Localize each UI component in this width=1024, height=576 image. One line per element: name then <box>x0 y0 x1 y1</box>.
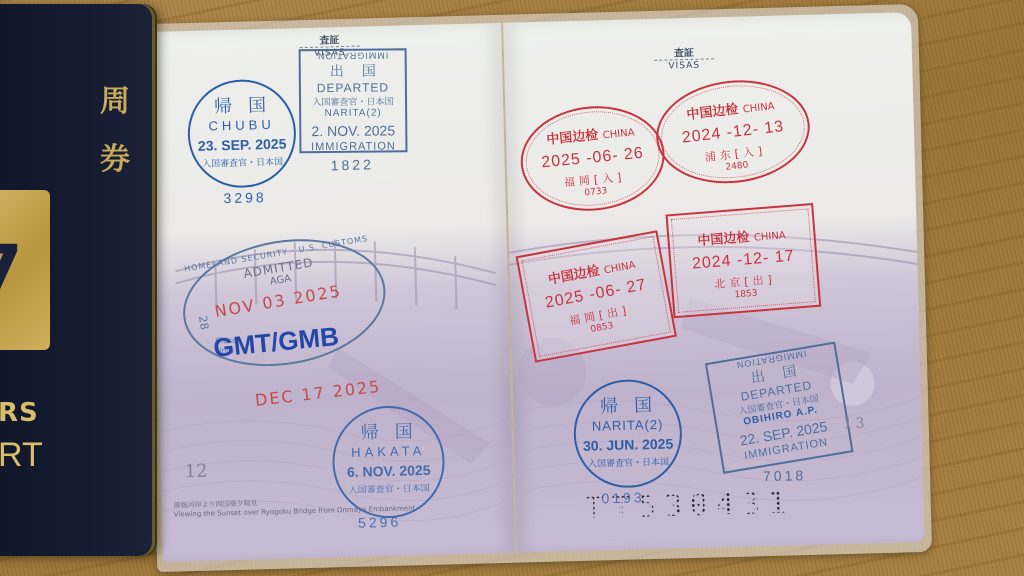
hakata-serial: 5296 <box>358 514 402 531</box>
cover-text-line-2: RT <box>0 436 43 475</box>
cover-gold-emblem: 7 <box>0 190 50 350</box>
china-exit-stamp-2024-12-17: 中国边检 CHINA 2024 -12- 17 北京[出] 1853 <box>666 203 822 318</box>
page-number: 12 <box>184 461 207 483</box>
cover-kanji-2: 券 <box>100 134 130 178</box>
cover-kanji-1: 周 <box>100 76 130 120</box>
obihiro-departure-stamp: IMMIGRATION 出国 DEPARTED 入国審査官・日本国 OBIHIR… <box>705 342 854 474</box>
chubu-serial: 3298 <box>223 189 267 206</box>
narita-departure-serial: 1822 <box>331 156 375 173</box>
chubu-return-stamp: 帰国 CHUBU 23. SEP. 2025 入国審査官・日本国 <box>186 78 297 189</box>
cover-emblem-glyph: 7 <box>0 230 23 312</box>
china-entry-stamp-2024-12-13: 中国边检 CHINA 2024 -12- 13 浦东[入] 2480 <box>651 72 816 191</box>
cover-text-line-1: RS <box>0 398 39 428</box>
narita-departure-stamp: IMMIGRATION 出国 DEPARTED 入国審査官・日本国 NARITA… <box>299 48 408 153</box>
visa-page-right: 査証 VISAS 中国边检 CHINA 2025 -06- 26 福岡[入] 0… <box>503 12 925 552</box>
passport-booklet: 査証 VISAS 帰国 CHUBU 23. SEP. 2025 入国審査官・日本… <box>143 4 932 572</box>
perforated-passport-number: TT530431 <box>585 485 794 525</box>
obihiro-departure-serial: 7018 <box>763 467 807 484</box>
passport-cover: 周 券 7 RS RT <box>0 4 152 556</box>
obihiro-extra-number: 13 <box>843 415 867 432</box>
visas-header-right: 査証 VISAS <box>654 43 715 72</box>
visa-page-left: 査証 VISAS 帰国 CHUBU 23. SEP. 2025 入国審査官・日本… <box>149 23 515 562</box>
china-entry-stamp-2025-06-26: 中国边检 CHINA 2025 -06- 26 福岡[入] 0733 <box>516 100 669 217</box>
